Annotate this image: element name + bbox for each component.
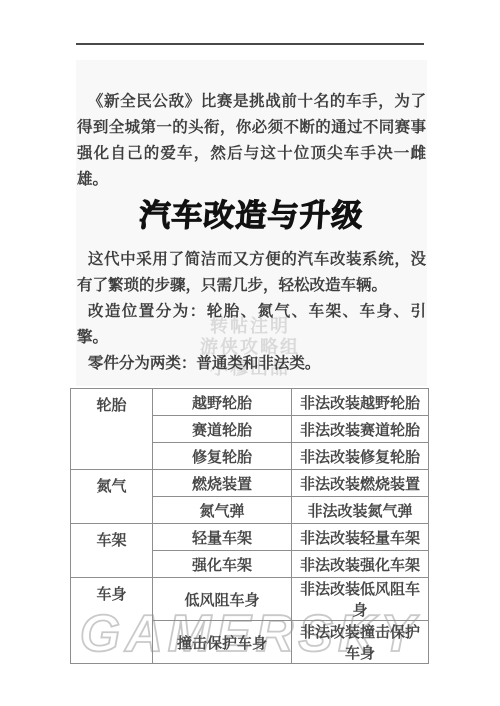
article-content-box: 转帖注明 游侠攻略组 小穆出品 《新全民公敌》比赛是挑战前十名的车手，为了得到全… (76, 60, 427, 386)
normal-part-cell: 修复轮胎 (153, 443, 292, 470)
system-paragraph: 这代中采用了简洁而又方便的汽车改装系统，没有了繁琐的步骤，只需几步，轻松改造车辆… (77, 247, 426, 299)
normal-part-cell: 强化车架 (153, 551, 292, 578)
illegal-part-cell: 非法改装强化车架 (292, 551, 429, 578)
intro-paragraph: 《新全民公敌》比赛是挑战前十名的车手，为了得到全城第一的头衔，你必须不断的通过不… (77, 89, 426, 193)
category-cell: 车架 (71, 524, 153, 578)
category-cell: 轮胎 (71, 389, 153, 470)
illegal-part-cell: 非法改装修复轮胎 (292, 443, 429, 470)
illegal-part-cell: 非法改装撞击保护车身 (292, 621, 429, 664)
illegal-part-cell: 非法改装燃烧装置 (292, 470, 429, 497)
table-row: 氮气燃烧装置非法改装燃烧装置 (71, 470, 429, 497)
normal-part-cell: 赛道轮胎 (153, 416, 292, 443)
category-cell: 氮气 (71, 470, 153, 524)
normal-part-cell: 轻量车架 (153, 524, 292, 551)
table-row: 车架轻量车架非法改装轻量车架 (71, 524, 429, 551)
normal-part-cell: 撞击保护车身 (153, 621, 292, 664)
illegal-part-cell: 非法改装低风阻车身 (292, 578, 429, 621)
normal-part-cell: 越野轮胎 (153, 389, 292, 416)
table-row: 轮胎越野轮胎非法改装越野轮胎 (71, 389, 429, 416)
section-title: 汽车改造与升级 (76, 195, 428, 237)
illegal-part-cell: 非法改装轻量车架 (292, 524, 429, 551)
illegal-part-cell: 非法改装赛道轮胎 (292, 416, 429, 443)
normal-part-cell: 燃烧装置 (153, 470, 292, 497)
illegal-part-cell: 非法改装越野轮胎 (292, 389, 429, 416)
illegal-part-cell: 非法改装氮气弹 (292, 497, 429, 524)
category-cell: 车身 (71, 578, 153, 664)
parts-types-paragraph: 零件分为两类：普通类和非法类。 (77, 351, 426, 377)
normal-part-cell: 低风阻车身 (153, 578, 292, 621)
parts-table-body: 轮胎越野轮胎非法改装越野轮胎赛道轮胎非法改装赛道轮胎修复轮胎非法改装修复轮胎氮气… (71, 389, 429, 664)
top-divider-rule (76, 43, 424, 45)
normal-part-cell: 氮气弹 (153, 497, 292, 524)
table-row: 车身低风阻车身非法改装低风阻车身 (71, 578, 429, 621)
parts-table: 轮胎越野轮胎非法改装越野轮胎赛道轮胎非法改装赛道轮胎修复轮胎非法改装修复轮胎氮气… (70, 388, 429, 664)
positions-paragraph: 改造位置分为：轮胎、氮气、车架、车身、引擎。 (77, 299, 426, 351)
